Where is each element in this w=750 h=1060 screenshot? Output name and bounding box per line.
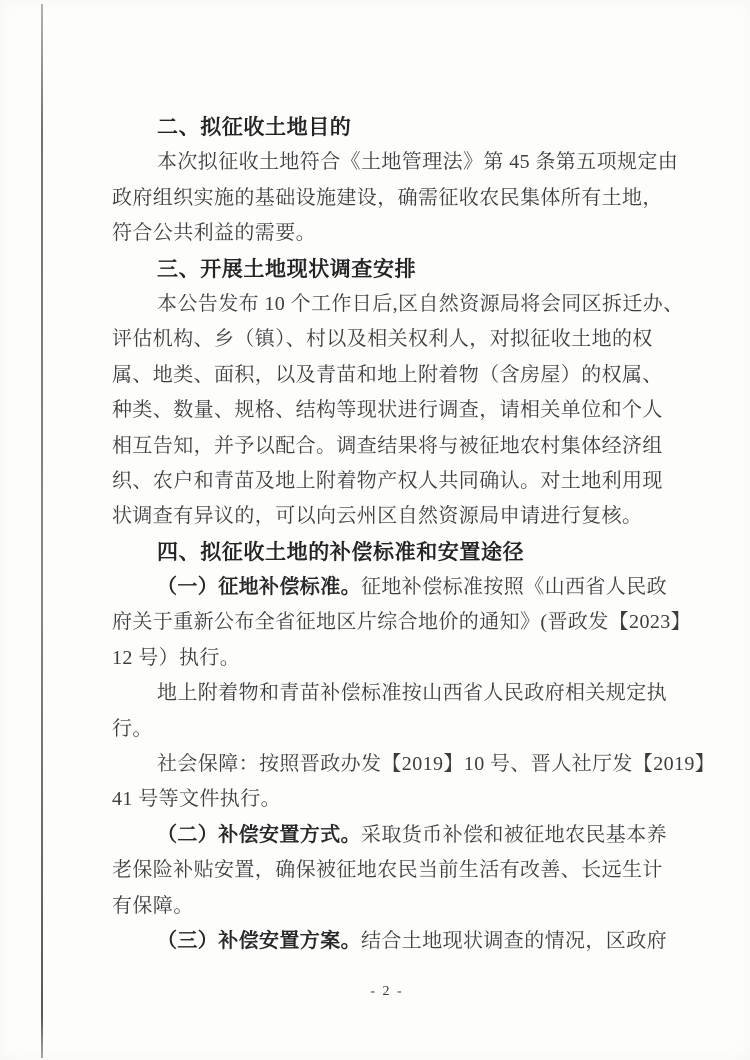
item-2-bold-lead: （二）补偿安置方式。 — [157, 824, 361, 846]
text-line: 种类、数量、规格、结构等现状进行调查，请相关单位和个人 — [112, 393, 660, 428]
scanned-document-page: 二、拟征收土地目的 本次拟征收土地符合《土地管理法》第 45 条第五项规定由 政… — [0, 0, 750, 1060]
document-body: 二、拟征收土地目的 本次拟征收土地符合《土地管理法》第 45 条第五项规定由 政… — [112, 110, 660, 959]
text-line: 社会保障：按照晋政办发【2019】10 号、晋人社厅发【2019】 — [112, 747, 660, 782]
text-line: 41 号等文件执行。 — [112, 782, 660, 817]
text-line: 本次拟征收土地符合《土地管理法》第 45 条第五项规定由 — [112, 145, 660, 180]
text-line: 符合公共利益的需要。 — [112, 216, 660, 251]
text-line: 相互告知，并予以配合。调查结果将与被征地农村集体经济组 — [112, 429, 660, 464]
text-line-item-3: （三）补偿安置方案。结合土地现状调查的情况，区政府 — [112, 924, 660, 959]
item-1-text: 征地补偿标准按照《山西省人民政 — [361, 576, 667, 598]
text-line: 政府组织实施的基础设施建设，确需征收农民集体所有土地， — [112, 181, 660, 216]
text-line: 织、农户和青苗及地上附着物产权人共同确认。对土地利用现 — [112, 464, 660, 499]
item-1-bold-lead: （一）征地补偿标准。 — [157, 576, 361, 598]
text-line: 状调查有异议的，可以向云州区自然资源局申请进行复核。 — [112, 499, 660, 534]
text-line: 地上附着物和青苗补偿标准按山西省人民政府相关规定执 — [112, 676, 660, 711]
section-heading-2: 二、拟征收土地目的 — [112, 110, 660, 145]
text-line: 属、地类、面积，以及青苗和地上附着物（含房屋）的权属、 — [112, 358, 660, 393]
page-number: - 2 - — [12, 984, 750, 1000]
text-line: 12 号）执行。 — [112, 641, 660, 676]
text-line: 有保障。 — [112, 889, 660, 924]
item-2-text: 采取货币补偿和被征地农民基本养 — [361, 824, 667, 846]
text-line: 行。 — [112, 712, 660, 747]
text-line-item-1: （一）征地补偿标准。征地补偿标准按照《山西省人民政 — [112, 570, 660, 605]
text-line: 评估机构、乡（镇）、村以及相关权利人，对拟征收土地的权 — [112, 322, 660, 357]
page-edge-scan-line — [41, 4, 43, 1058]
text-line: 府关于重新公布全省征地区片综合地价的通知》(晋政发【2023】 — [112, 605, 660, 640]
item-3-bold-lead: （三）补偿安置方案。 — [157, 930, 361, 952]
section-heading-3: 三、开展土地现状调查安排 — [112, 252, 660, 287]
item-3-text: 结合土地现状调查的情况，区政府 — [361, 930, 667, 952]
text-line: 本公告发布 10 个工作日后,区自然资源局将会同区拆迁办、 — [112, 287, 660, 322]
text-line-item-2: （二）补偿安置方式。采取货币补偿和被征地农民基本养 — [112, 818, 660, 853]
section-heading-4: 四、拟征收土地的补偿标准和安置途径 — [112, 535, 660, 570]
text-line: 老保险补贴安置，确保被征地农民当前生活有改善、长远生计 — [112, 853, 660, 888]
